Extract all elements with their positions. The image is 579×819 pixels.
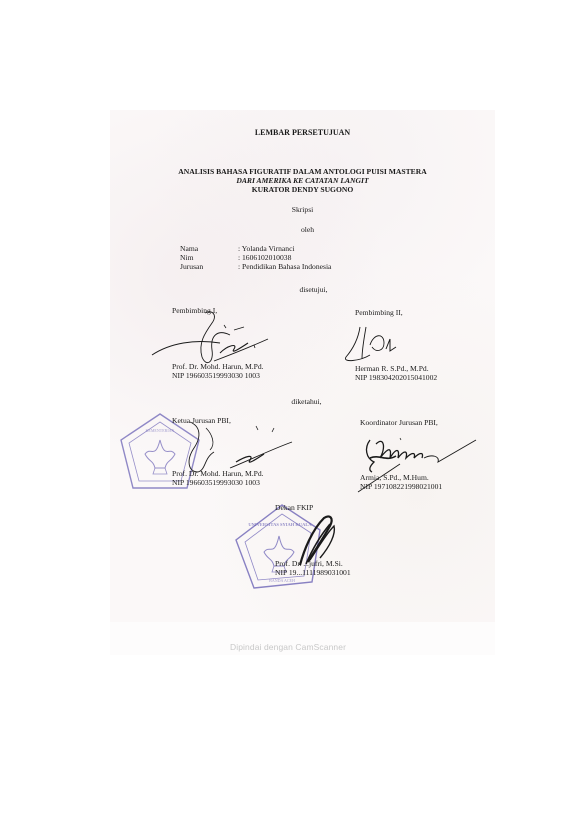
coordinator-name: Armia, S.Pd., M.Hum. <box>360 473 429 482</box>
student-major-value: : Pendidikan Bahasa Indonesia <box>238 262 331 271</box>
student-nim-label: Nim <box>180 253 238 262</box>
acknowledged-label: diketahui, <box>110 397 495 406</box>
thesis-title-line-1: ANALISIS BAHASA FIGURATIF DALAM ANTOLOGI… <box>110 167 495 176</box>
approved-label: disetujui, <box>110 285 495 294</box>
advisor-2-role: Pembimbing II, <box>355 308 403 317</box>
student-name-value: : Yolanda Virnanci <box>238 244 295 253</box>
advisor-1-signature <box>150 305 270 370</box>
page-title: LEMBAR PERSETUJUAN <box>110 128 495 137</box>
advisor-2-nip: NIP 198304202015041002 <box>355 373 437 382</box>
advisor-1-nip: NIP 196603519993030 1003 <box>172 371 260 380</box>
dean-nip: NIP 19...1111989031001 <box>275 568 351 577</box>
student-name-row: Nama: Yolanda Virnanci <box>180 244 295 253</box>
coordinator-role: Koordinator Jurusan PBI, <box>360 418 438 427</box>
document-type: Skripsi <box>110 205 495 214</box>
thesis-title-line-3: KURATOR DENDY SUGONO <box>110 185 495 194</box>
advisor-2-name: Herman R. S.Pd., M.Pd. <box>355 364 429 373</box>
coordinator-nip: NIP 197108221998021001 <box>360 482 442 491</box>
camscanner-watermark: Dipindai dengan CamScanner <box>230 642 346 652</box>
department-head-name: Prof. Dr. Mohd. Harun, M.Pd. <box>172 469 264 478</box>
advisor-1-name: Prof. Dr. Mohd. Harun, M.Pd. <box>172 362 264 371</box>
student-major-label: Jurusan <box>180 262 238 271</box>
student-nim-row: Nim: 1606102010038 <box>180 253 291 262</box>
thesis-title-line-2: DARI AMERIKA KE CATATAN LANGIT <box>110 176 495 185</box>
student-major-row: Jurusan: Pendidikan Bahasa Indonesia <box>180 262 331 271</box>
student-name-label: Nama <box>180 244 238 253</box>
svg-text:BANDA ACEH: BANDA ACEH <box>269 578 295 583</box>
scanned-page: LEMBAR PERSETUJUAN ANALISIS BAHASA FIGUR… <box>110 110 495 655</box>
dean-name: Prof. Dr. ...jufri, M.Si. <box>275 559 343 568</box>
department-head-nip: NIP 196603519993030 1003 <box>172 478 260 487</box>
student-nim-value: : 1606102010038 <box>238 253 291 262</box>
by-label: oleh <box>115 225 500 234</box>
